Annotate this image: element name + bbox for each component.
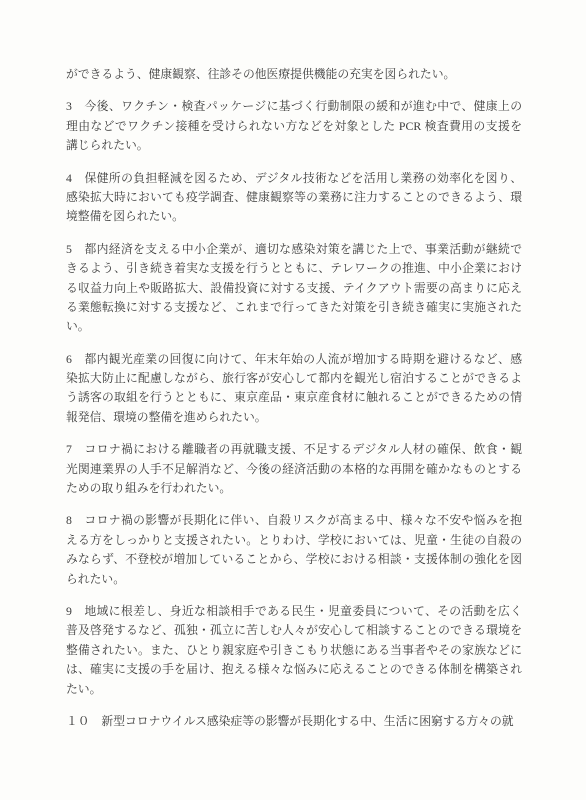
text-line: 境整備を図られたい。 (66, 207, 522, 226)
paragraph: ができるよう、健康観察、往診その他医療提供機能の充実を図られたい。 (66, 65, 522, 84)
text-line: 5 都内経済を支える中小企業が、適切な感染対策を講じた上で、事業活動が継続で (66, 240, 522, 259)
text-line: 整備されたい。また、ひとり親家庭や引きこもり状態にある当事者やその家族などに (66, 641, 522, 660)
text-line: 普及啓発するなど、孤独・孤立に苦しむ人々が安心して相談することのできる環境を (66, 621, 522, 640)
text-line: ができるよう、健康観察、往診その他医療提供機能の充実を図られたい。 (66, 65, 522, 84)
text-line: きるよう、引き続き着実な支援を行うとともに、テレワークの推進、中小企業におけ (66, 259, 522, 278)
paragraph: 5 都内経済を支える中小企業が、適切な感染対策を講じた上で、事業活動が継続できる… (66, 240, 522, 337)
text-line: 染拡大防止に配慮しながら、旅行客が安心して都内を観光し宿泊することができるよ (66, 369, 522, 388)
text-line: たい。 (66, 680, 522, 699)
text-line: 7 コロナ禍における離職者の再就職支援、不足するデジタル人材の確保、飲食・観 (66, 440, 522, 459)
text-line: る収益力向上や販路拡大、設備投資に対する支援、テイクアウト需要の高まりに応え (66, 279, 522, 298)
text-line: 講じられたい。 (66, 136, 522, 155)
text-line: みならず、不登校が増加していることから、学校における相談・支援体制の強化を図 (66, 550, 522, 569)
paragraph: 6 都内観光産業の回復に向けて、年末年始の人流が増加する時期を避けるなど、感染拡… (66, 350, 522, 428)
paragraph: 7 コロナ禍における離職者の再就職支援、不足するデジタル人材の確保、飲食・観光関… (66, 440, 522, 498)
text-line: う誘客の取組を行うとともに、東京産品・東京産食材に触れることができるための情 (66, 388, 522, 407)
text-line: える方をしっかりと支援されたい。とりわけ、学校においては、児童・生徒の自殺の (66, 531, 522, 550)
paragraph: 8 コロナ禍の影響が長期化に伴い、自殺リスクが高まる中、様々な不安や悩みを抱える… (66, 511, 522, 589)
paragraph: １０ 新型コロナウイルス感染症等の影響が長期化する中、生活に困窮する方々の就 (66, 712, 522, 731)
text-line: １０ 新型コロナウイルス感染症等の影響が長期化する中、生活に困窮する方々の就 (66, 712, 522, 731)
text-line: 4 保健所の負担軽減を図るため、デジタル技術などを活用し業務の効率化を図り、 (66, 169, 522, 188)
text-line: 感染拡大時においても疫学調査、健康観察等の業務に注力することのできるよう、環 (66, 188, 522, 207)
text-line: 光関連業界の人手不足解消など、今後の経済活動の本格的な再開を確かなものとする (66, 460, 522, 479)
text-line: 報発信、環境の整備を進められたい。 (66, 408, 522, 427)
document-page: ができるよう、健康観察、往診その他医療提供機能の充実を図られたい。3 今後、ワク… (0, 0, 586, 800)
text-line: 6 都内観光産業の回復に向けて、年末年始の人流が増加する時期を避けるなど、感 (66, 350, 522, 369)
text-line: られたい。 (66, 570, 522, 589)
text-line: 8 コロナ禍の影響が長期化に伴い、自殺リスクが高まる中、様々な不安や悩みを抱 (66, 511, 522, 530)
paragraph: 9 地域に根差し、身近な相談相手である民生・児童委員について、その活動を広く普及… (66, 602, 522, 699)
text-line: る業態転換に対する支援など、これまで行ってきた対策を引き続き確実に実施された (66, 298, 522, 317)
text-line: 理由などでワクチン接種を受けられない方などを対象とした PCR 検査費用の支援を (66, 117, 522, 136)
text-line: 3 今後、ワクチン・検査パッケージに基づく行動制限の緩和が進む中で、健康上の (66, 97, 522, 116)
text-line: ための取り組みを行われたい。 (66, 479, 522, 498)
document-body: ができるよう、健康観察、往診その他医療提供機能の充実を図られたい。3 今後、ワク… (66, 65, 522, 744)
text-line: は、確実に支援の手を届け、抱える様々な悩みに応えることのできる体制を構築され (66, 660, 522, 679)
text-line: 9 地域に根差し、身近な相談相手である民生・児童委員について、その活動を広く (66, 602, 522, 621)
text-line: い。 (66, 317, 522, 336)
paragraph: 3 今後、ワクチン・検査パッケージに基づく行動制限の緩和が進む中で、健康上の理由… (66, 97, 522, 155)
paragraph: 4 保健所の負担軽減を図るため、デジタル技術などを活用し業務の効率化を図り、感染… (66, 169, 522, 227)
